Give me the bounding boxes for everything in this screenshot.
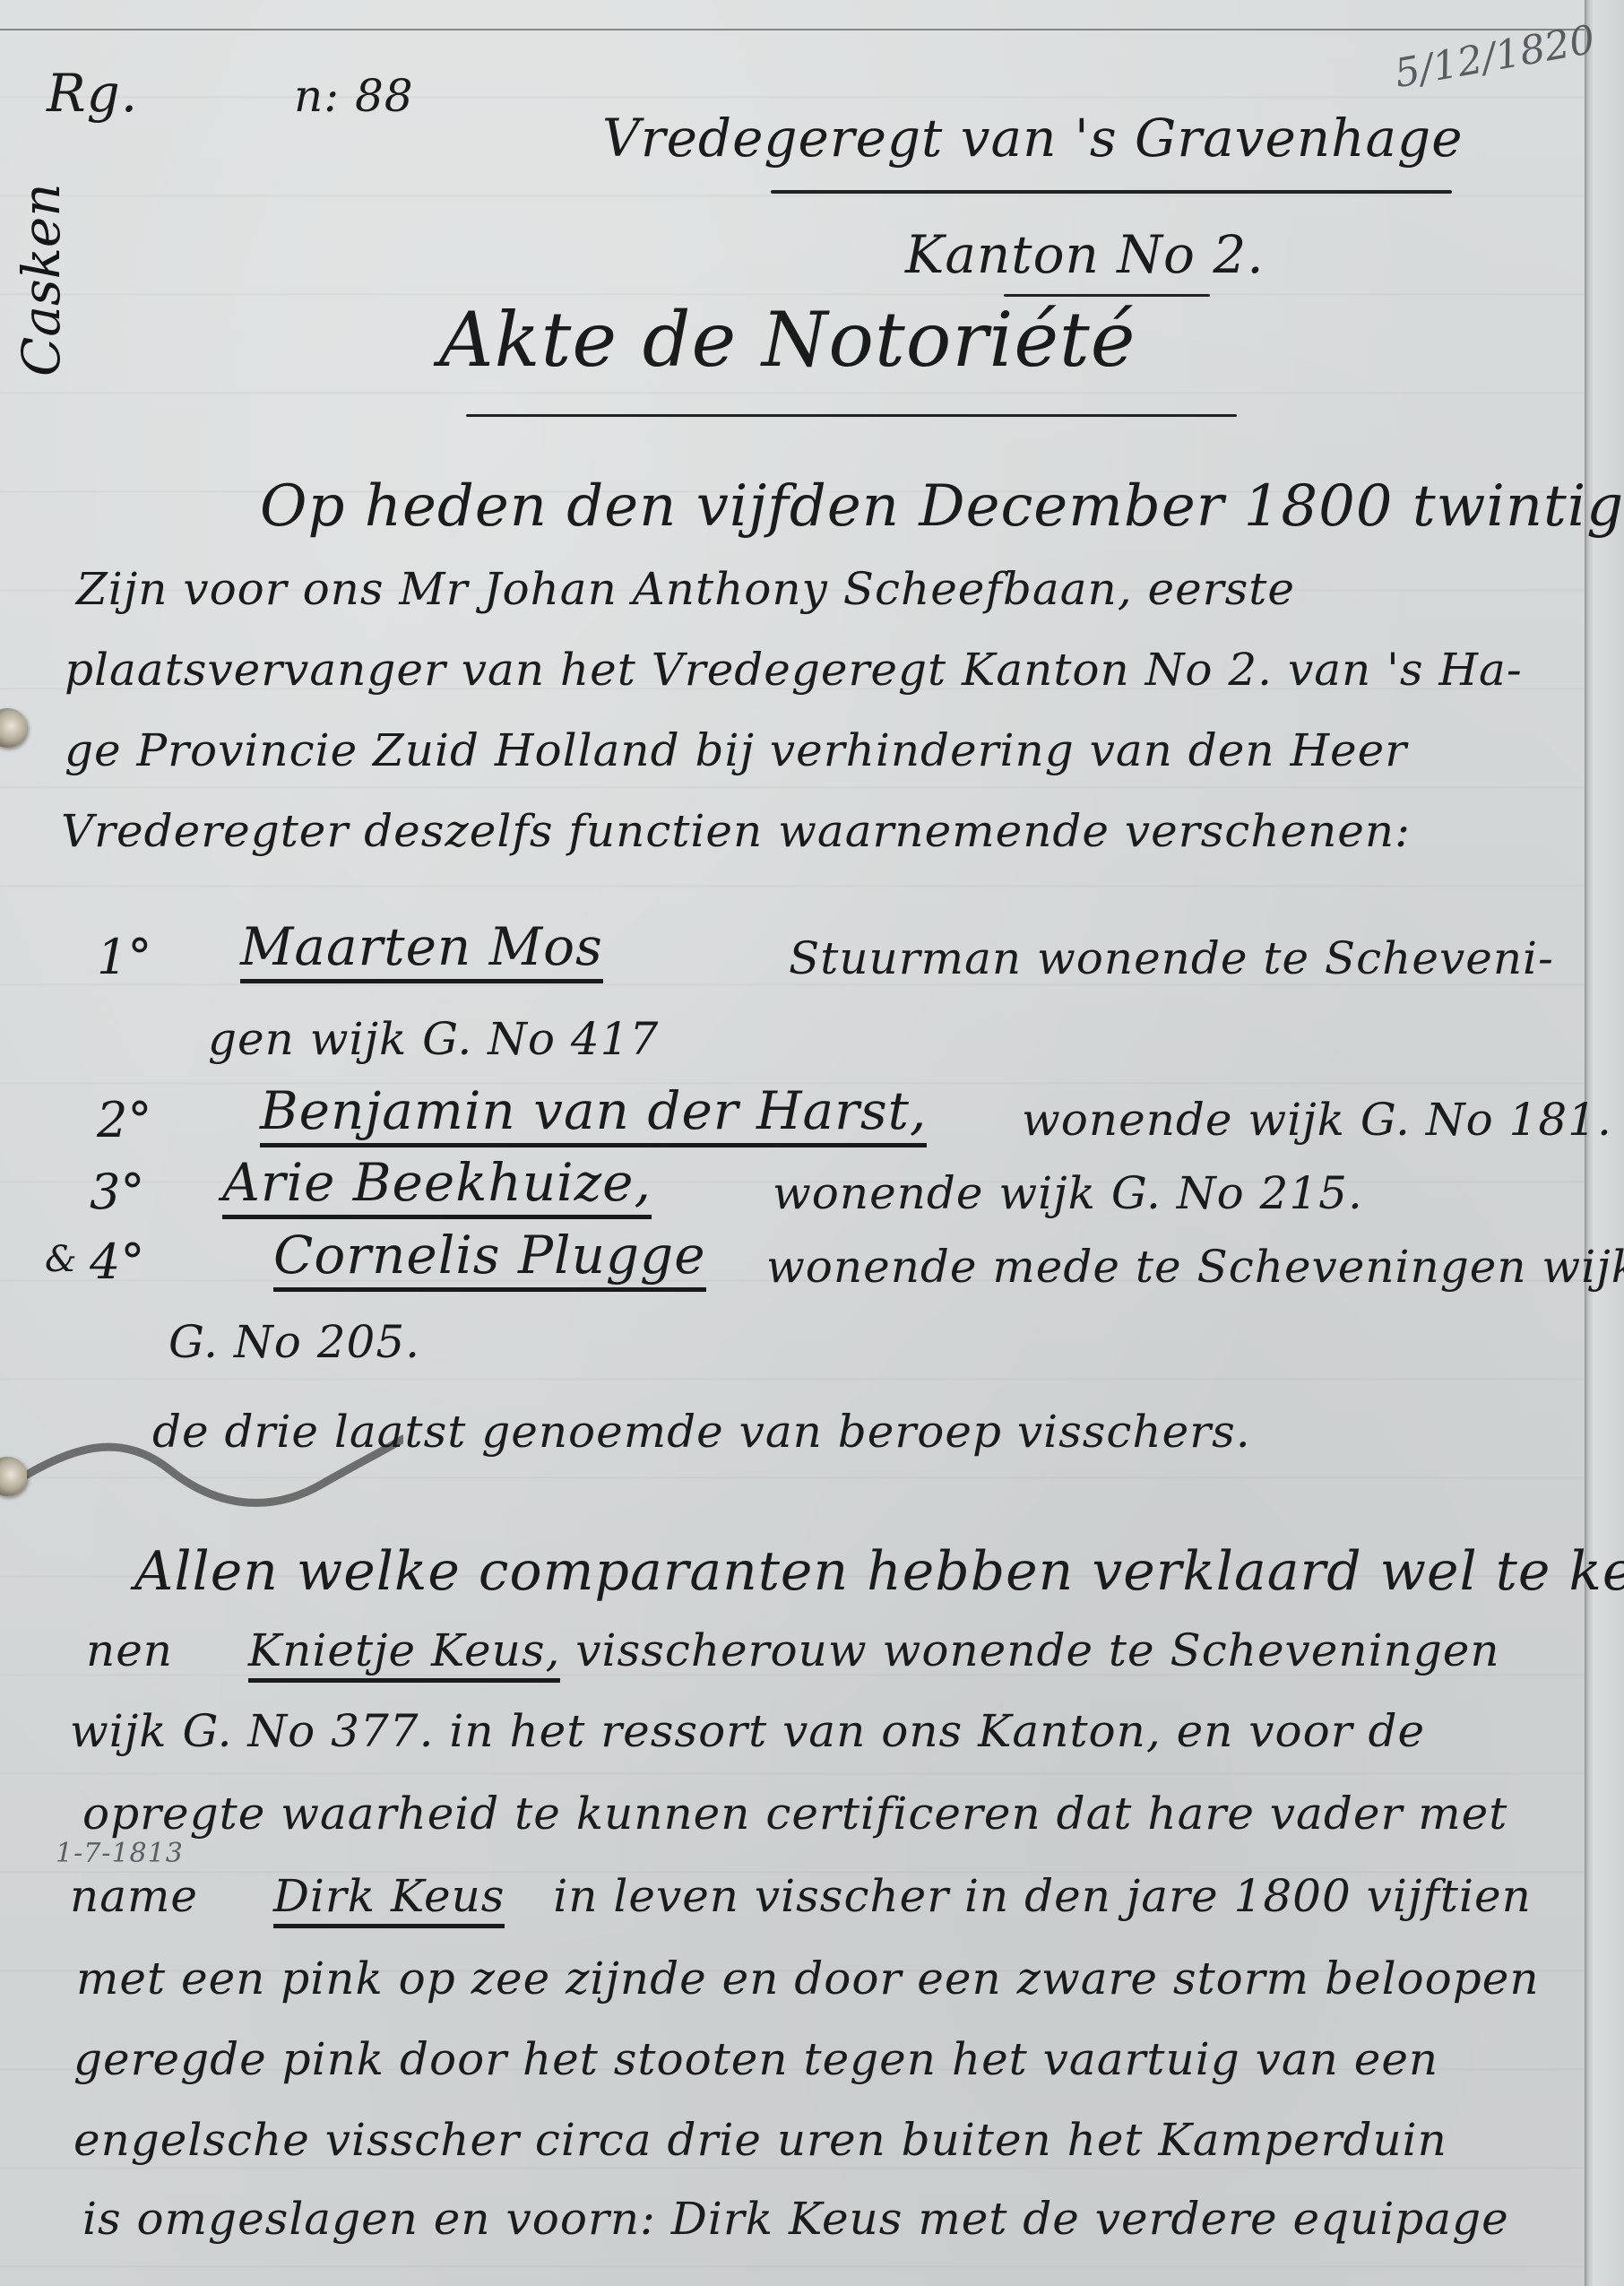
document-page: Rg. n: 88 5/12/1820 Vredegeregt van 's G… — [0, 0, 1624, 2286]
intro-line-2: Zijn voor ons Mr Johan Anthony Scheefbaa… — [76, 563, 1295, 615]
declaration-line: Allen welke comparanten hebben verklaard… — [134, 1540, 1624, 1603]
top-border-line — [0, 29, 1585, 30]
document-title: Akte de Notoriété — [439, 296, 1136, 384]
court-name: Vredegeregt van 's Gravenhage — [602, 108, 1464, 169]
intro-line-1: Op heden den vijfden December 1800 twint… — [260, 473, 1624, 540]
declaration-line: wijk G. No 377. in het ressort van ons K… — [70, 1705, 1425, 1757]
witness-details: wonende mede te Scheveningen wijk — [766, 1241, 1624, 1293]
court-underline — [771, 190, 1452, 194]
subject-name: Knietje Keus, — [248, 1624, 561, 1683]
declaration-line: met een pink op zee zijnde en door een z… — [76, 1953, 1540, 2005]
witness-details-cont: G. No 205. — [168, 1316, 420, 1368]
intro-line-4: ge Provincie Zuid Holland bij verhinderi… — [65, 724, 1407, 776]
canton-label: Kanton No 2. — [905, 224, 1265, 285]
witness-details: wonende wijk G. No 181. — [1022, 1094, 1612, 1146]
witness-prefix-ampersand: & — [45, 1239, 77, 1280]
declaration-line: opregte waarheid te kunnen certificeren … — [82, 1788, 1507, 1840]
margin-note-left: Casken — [11, 183, 72, 377]
father-name: Dirk Keus — [273, 1870, 505, 1928]
binder-ring-icon — [0, 1457, 27, 1496]
witness-details-cont: gen wijk G. No 417 — [208, 1013, 659, 1065]
declaration-line: geregde pink door het stooten tegen het … — [73, 2033, 1438, 2085]
witness-ordinal: 3° — [90, 1164, 144, 1220]
witness-name: Maarten Mos — [240, 916, 603, 983]
declaration-text: in leven visscher in den jare 1800 vijft… — [553, 1870, 1532, 1922]
declaration-text: nen — [86, 1624, 173, 1676]
witness-ordinal: 1° — [97, 929, 151, 985]
document-number: n: 88 — [294, 70, 414, 122]
register-abbrev: Rg. — [47, 63, 138, 124]
witness-details: Stuurman wonende te Scheveni- — [789, 932, 1554, 984]
intro-line-3: plaatsvervanger van het Vredegeregt Kant… — [65, 644, 1523, 696]
number-label: n: — [294, 70, 340, 122]
witness-ordinal: 4° — [90, 1234, 144, 1290]
intro-line-5: Vrederegter deszelfs functien waarnemend… — [61, 805, 1411, 857]
number-value: 88 — [355, 70, 414, 122]
declaration-line: name Dirk Keus in leven visscher in den … — [70, 1870, 1532, 1922]
witness-details: wonende wijk G. No 215. — [773, 1167, 1363, 1219]
witness-ordinal: 2° — [97, 1092, 151, 1148]
declaration-line: is omgeslagen en voorn: Dirk Keus met de… — [82, 2193, 1509, 2245]
witnesses-profession-note: de drie laatst genoemde van beroep vissc… — [152, 1406, 1251, 1458]
witness-name: Arie Beekhuize, — [222, 1152, 652, 1219]
binder-ring-icon — [0, 708, 27, 748]
declaration-line: nen Knietje Keus, visscherouw wonende te… — [86, 1624, 1500, 1676]
pencil-annotation: 1-7-1813 — [56, 1838, 184, 1869]
declaration-text: visscherouw wonende te Scheveningen — [575, 1624, 1499, 1676]
declaration-line: engelsche visscher circa drie uren buite… — [73, 2114, 1447, 2166]
declaration-text: name — [70, 1870, 198, 1922]
title-underline — [466, 414, 1237, 417]
witness-name: Cornelis Plugge — [273, 1225, 706, 1292]
witness-name: Benjamin van der Harst, — [260, 1080, 927, 1147]
